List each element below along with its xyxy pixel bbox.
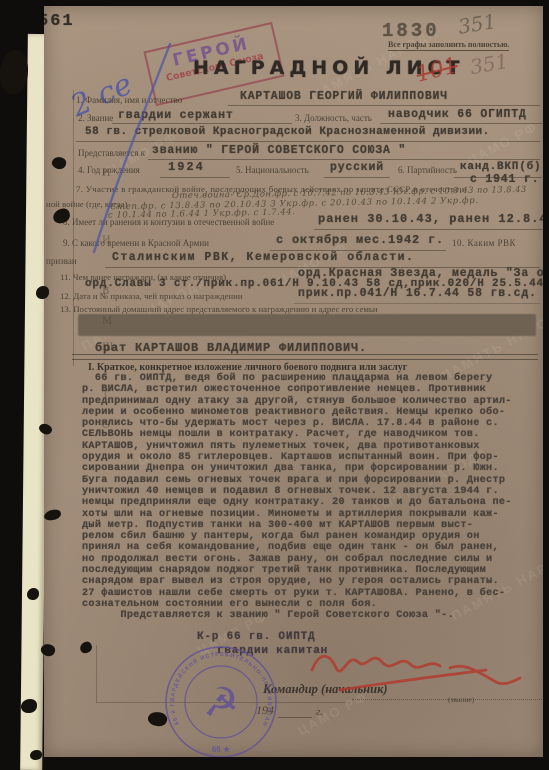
presented-for-value: званию " ГЕРОЙ СОВЕТСКОГО СОЮЗА " [152,144,406,157]
field-10-label-continued: призван [46,256,77,266]
redacted-address-bar [78,314,536,336]
paper-sheet: ЦАМО РФ ПАМЯТЬ НАРОДА ЦАМО РФ ПАМЯТЬ НАР… [44,6,543,757]
field-3-label: 3. Должность, часть [295,113,372,123]
field-5-label: 5. Национальность [236,165,309,175]
rule [380,122,543,124]
ink-blot [36,286,49,299]
feat-section-heading: I. Краткое, конкретное изложение личного… [88,362,407,373]
ink-blot [30,750,42,760]
rule [148,158,540,160]
presented-for-label: Представляется к [78,148,145,158]
ink-blot [0,50,28,94]
field-5-value: русский [330,161,384,174]
rule [112,122,292,124]
rule [76,140,540,142]
hammer-sickle-icon: ☭ [203,681,239,725]
pencil-number: 351 [456,9,497,39]
field-2-label: 2. Звание [78,113,113,123]
margin-letter: М [102,316,112,327]
field-6-value: канд.ВКП(б) [460,161,541,173]
year-rule [278,716,312,718]
rule [324,176,390,178]
field-13-label: 13. Постоянный домашний адрес представля… [60,304,378,314]
corner-rule-vertical [96,645,97,703]
fill-all-fields-note: Все графы заполнить полностью. [388,40,509,51]
rule [314,228,543,230]
page-number-stamp: 561 [44,12,75,31]
rule [160,176,230,178]
red-number: 351 [468,49,510,79]
field-1-label: 1. Фамилия, имя и отчество [76,95,182,105]
rule [228,104,540,106]
field-6-label: 6. Партийность [398,165,457,175]
ink-blot [27,588,39,600]
form-left-rule [73,90,74,366]
field-9-label: 9. С какого времени в Красной Армии [63,238,209,248]
feat-description: 66 гв. ОИПТД, ведя бой по расширению пла… [82,373,543,622]
field-6-value-2: с 1941 г. [470,173,539,186]
field-3-value: наводчик 66 ОГИПТД [388,108,527,121]
field-10-value: Сталинским РВК, Кемеровской области. [112,251,414,264]
field-8-value: ранен 30.10.43, ранен 12.8.44 [318,212,543,226]
double-rule [72,354,538,360]
field-8-label: 8. Имеет ли ранения и контузии в отечест… [63,217,274,227]
registry-number-stamp: 1830 [382,20,440,42]
field-12-value: прик.пр.041/Н 16.7.44 58 гв.сд. [298,287,537,300]
field-2-value: гвардии сержант [118,109,234,122]
margin-letter: В [102,286,109,297]
round-unit-stamp: 66-й ГВАРДЕЙСКИЙ ИСТРЕБИТЕЛЬНО-ПРОТИВОТА… [162,640,280,757]
scanned-award-document: ЦАМО РФ ПАМЯТЬ НАРОДА ЦАМО РФ ПАМЯТЬ НАР… [0,0,549,770]
commander-signature-scribble [300,638,530,708]
field-9-value: с октября мес.1942 г. [276,233,444,247]
margin-letter: Т [102,390,109,401]
margin-letter: Н [102,168,111,179]
field-10-label: 10. Каким РВК [452,238,516,248]
margin-letter: И [102,235,111,246]
field-1-value: КАРТАШОВ ГЕОРГИЙ ФИЛИППОВИЧ [240,90,448,103]
field-12-label: 12. Дата и № приказа, чей приказ о награ… [60,291,243,301]
relative-line: брат КАРТАШОВ ВЛАДИМИР ФИЛИППОВИЧ. [95,341,367,355]
stamp-bottom-number: 66 ★ [212,745,231,754]
field-4-value: 1924 [168,160,205,174]
ink-blot [21,699,37,713]
margin-letter: Ш [102,342,113,353]
division-line: 58 гв. стрелковой Красноградской Красноз… [85,126,490,138]
margin-letter: О [102,420,110,431]
